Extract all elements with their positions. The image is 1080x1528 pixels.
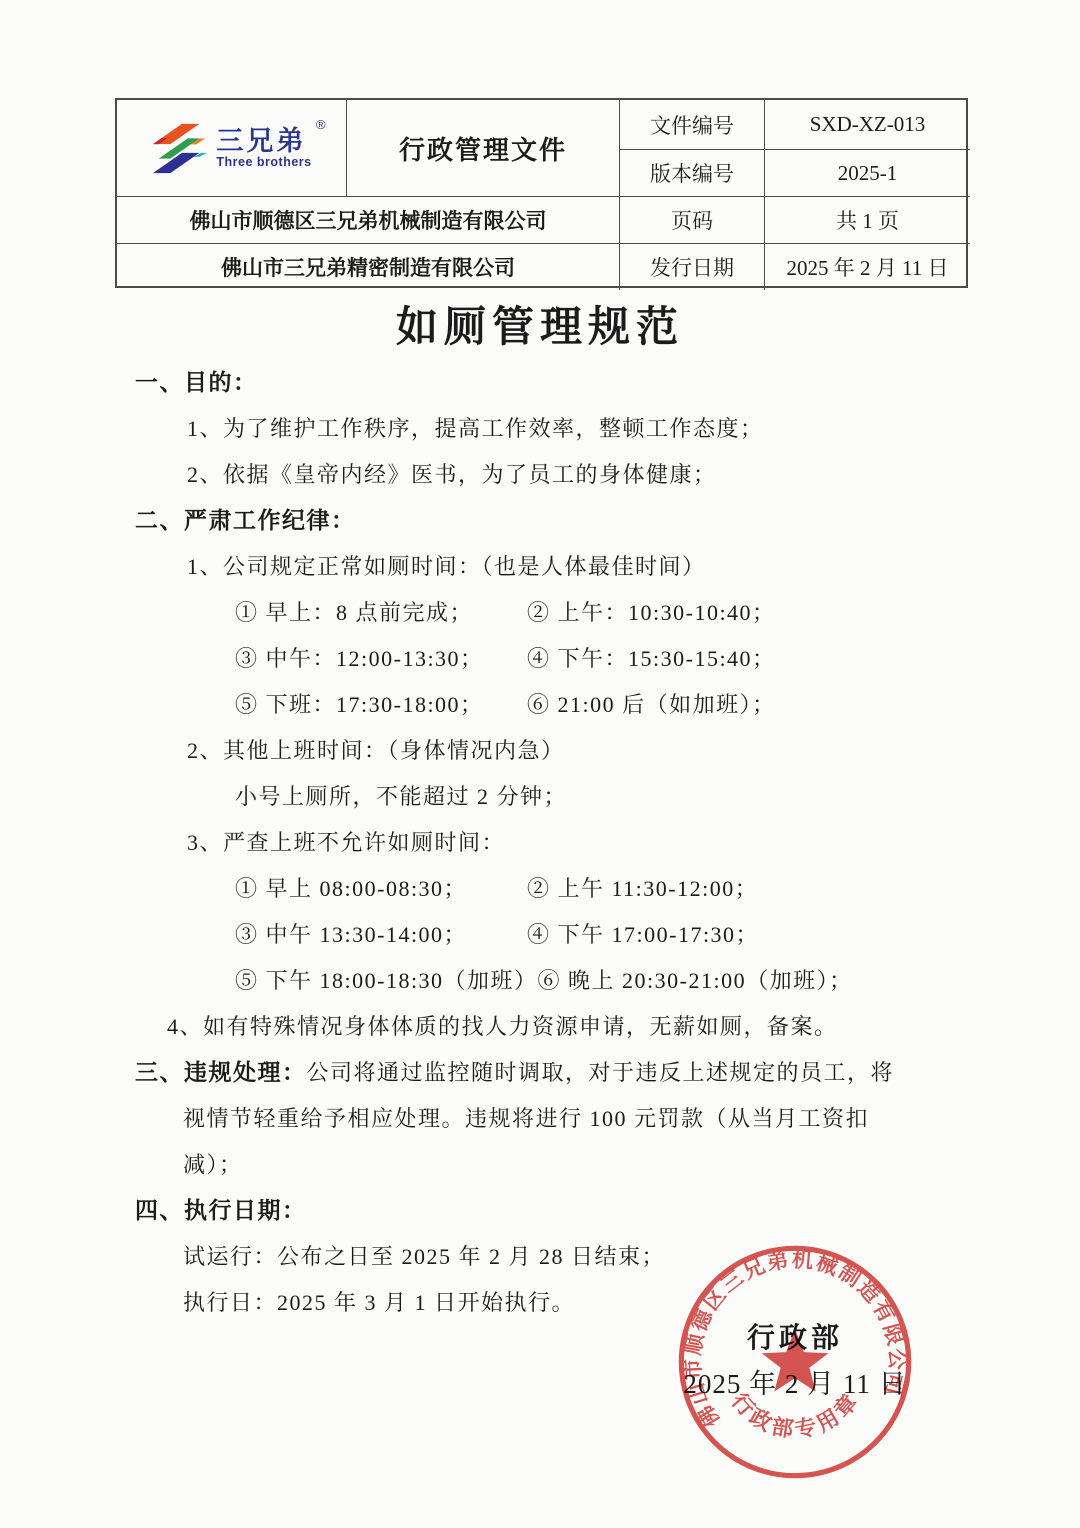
field-label-issue-date: 发行日期 [620,244,765,290]
field-value-page: 共 1 页 [765,197,970,244]
header-table: 三兄弟 ® Three brothers 行政管理文件 文件编号 SXD-XZ-… [115,98,968,288]
doc-line: 1、为了维护工作秩序，提高工作效率，整顿工作态度； [135,406,960,452]
field-value-doc-number: SXD-XZ-013 [765,100,970,150]
logo-name-en: Three brothers [216,155,311,169]
doc-line: 3、严查上班不允许如厕时间： [135,820,960,866]
document-body: 一、目的：1、为了维护工作秩序，提高工作效率，整顿工作态度；2、依据《皇帝内经》… [135,360,960,1326]
page-title: 如厕管理规范 [0,294,1080,354]
field-label-page: 页码 [620,197,765,244]
company-name-1: 佛山市顺德区三兄弟机械制造有限公司 [117,197,620,244]
doc-line: 三、违规处理：公司将通过监控随时调取，对于违反上述规定的员工，将 [135,1050,960,1096]
stamp-bottom-text: 行政部专用章 [727,1386,865,1442]
doc-line: 2、其他上班时间：（身体情况内急） [135,728,960,774]
field-value-version: 2025-1 [765,150,970,197]
doc-line: 小号上厕所，不能超过 2 分钟； [135,774,960,820]
field-label-doc-number: 文件编号 [620,100,765,150]
logo-mark-icon [151,121,209,175]
doc-line: 二、严肃工作纪律： [135,498,960,544]
doc-line: 减）； [135,1142,960,1188]
doc-line: ① 早上 08:00-08:30；② 上午 11:30-12:00； [135,866,960,912]
doc-type-title: 行政管理文件 [347,100,620,197]
doc-line: 四、执行日期： [135,1188,960,1234]
logo-name-cn: 三兄弟 [216,127,311,155]
document-page: 三兄弟 ® Three brothers 行政管理文件 文件编号 SXD-XZ-… [0,0,1080,1528]
doc-line: 4、如有特殊情况身体体质的找人力资源申请，无薪如厕，备案。 [135,1004,960,1050]
signature-block: 行政部 2025 年 2 月 11 日 佛山市顺德区三兄弟机械制造有限公司 行政… [655,1238,935,1504]
field-value-issue-date: 2025 年 2 月 11 日 [765,244,970,290]
stamp-star-icon [762,1329,829,1392]
field-label-version: 版本编号 [620,150,765,197]
company-logo: 三兄弟 ® Three brothers [117,100,347,197]
logo: 三兄弟 ® Three brothers [151,121,311,175]
doc-line: ③ 中午 13:30-14:00；④ 下午 17:00-17:30； [135,912,960,958]
doc-line: ⑤ 下班：17:30-18:00；⑥ 21:00 后（如加班）； [135,682,960,728]
doc-line: ① 早上：8 点前完成；② 上午：10:30-10:40； [135,590,960,636]
doc-line: ⑤ 下午 18:00-18:30（加班）⑥ 晚上 20:30-21:00（加班）… [135,958,960,1004]
official-stamp: 佛山市顺德区三兄弟机械制造有限公司 行政部专用章 [671,1238,919,1486]
registered-trademark-icon: ® [316,117,326,132]
doc-line: ③ 中午：12:00-13:30；④ 下午：15:30-15:40； [135,636,960,682]
doc-line: 2、依据《皇帝内经》医书，为了员工的身体健康； [135,452,960,498]
doc-line: 视情节轻重给予相应处理。违规将进行 100 元罚款（从当月工资扣 [135,1096,960,1142]
doc-line: 一、目的： [135,360,960,406]
doc-line: 1、公司规定正常如厕时间：（也是人体最佳时间） [135,544,960,590]
logo-text: 三兄弟 ® Three brothers [216,127,311,169]
company-name-2: 佛山市三兄弟精密制造有限公司 [117,244,620,290]
